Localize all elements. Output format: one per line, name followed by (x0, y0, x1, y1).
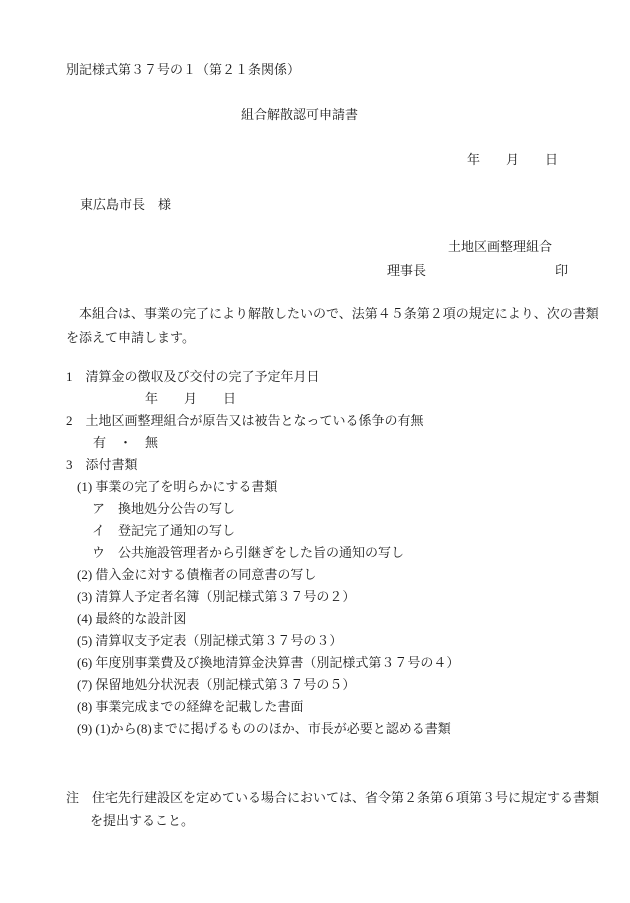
applicant-organization: 土地区画整理組合 (448, 235, 552, 259)
item-list: 1 清算金の徴収及び交付の完了予定年月日 年 月 日 2 土地区画整理組合が原告… (66, 366, 592, 740)
attachment-5: (5) 清算収支予定表（別記様式第３７号の３） (66, 630, 592, 652)
applicant-role-line: 理事長 印 (66, 259, 592, 283)
addressee: 東広島市長 様 (66, 193, 592, 217)
attachment-1-a: ア 換地処分公告の写し (66, 498, 592, 520)
attachment-8: (8) 事業完成までの経緯を記載した書面 (66, 696, 592, 718)
page-title: 組合解散認可申請書 (66, 103, 592, 127)
document-page: 別記様式第３７号の１（第２１条関係） 組合解散認可申請書 年 月 日 東広島市長… (0, 0, 630, 903)
item-2-yes-no-choice: 有 ・ 無 (66, 432, 592, 454)
attachment-4: (4) 最終的な設計図 (66, 608, 592, 630)
date-line: 年 月 日 (66, 148, 592, 172)
body-paragraph-line-2: を添えて申請します。 (66, 326, 592, 350)
attachment-2: (2) 借入金に対する債権者の同意書の写し (66, 564, 592, 586)
attachment-9: (9) (1)から(8)までに掲げるもののほか、市長が必要と認める書類 (66, 718, 592, 740)
item-2-litigation-status: 2 土地区画整理組合が原告又は被告となっている係争の有無 (66, 410, 592, 432)
attachment-1-u: ウ 公共施設管理者から引継ぎをした旨の通知の写し (66, 542, 592, 564)
item-3-attached-documents: 3 添付書類 (66, 454, 592, 476)
attachment-3: (3) 清算人予定者名簿（別記様式第３７号の２） (66, 586, 592, 608)
body-paragraph-line-1: 本組合は、事業の完了により解散したいので、法第４５条第２項の規定により、次の書類 (66, 302, 592, 326)
attachment-7: (7) 保留地処分状況表（別記様式第３７号の５） (66, 674, 592, 696)
seal-placeholder: 印 (555, 259, 568, 283)
footnote: 注 住宅先行建設区を定めている場合においては、省令第２条第６項第３号に規定する書… (66, 786, 592, 832)
attachment-1-i: イ 登記完了通知の写し (66, 520, 592, 542)
item-1-settlement-completion-date: 1 清算金の徴収及び交付の完了予定年月日 (66, 366, 592, 388)
attachment-6: (6) 年度別事業費及び換地清算金決算書（別記様式第３７号の４） (66, 652, 592, 674)
item-1-date-blank-fields: 年 月 日 (66, 388, 592, 410)
form-number: 別記様式第３７号の１（第２１条関係） (66, 58, 592, 82)
applicant-organization-line: 土地区画整理組合 (66, 235, 592, 259)
applicant-role: 理事長 (387, 259, 426, 283)
body-paragraph: 本組合は、事業の完了により解散したいので、法第４５条第２項の規定により、次の書類… (66, 302, 592, 349)
footnote-line-1: 注 住宅先行建設区を定めている場合においては、省令第２条第６項第３号に規定する書… (66, 786, 592, 809)
footnote-line-2: を提出すること。 (66, 809, 592, 832)
date-blank-fields: 年 月 日 (467, 148, 558, 172)
attachment-1: (1) 事業の完了を明らかにする書類 (66, 476, 592, 498)
